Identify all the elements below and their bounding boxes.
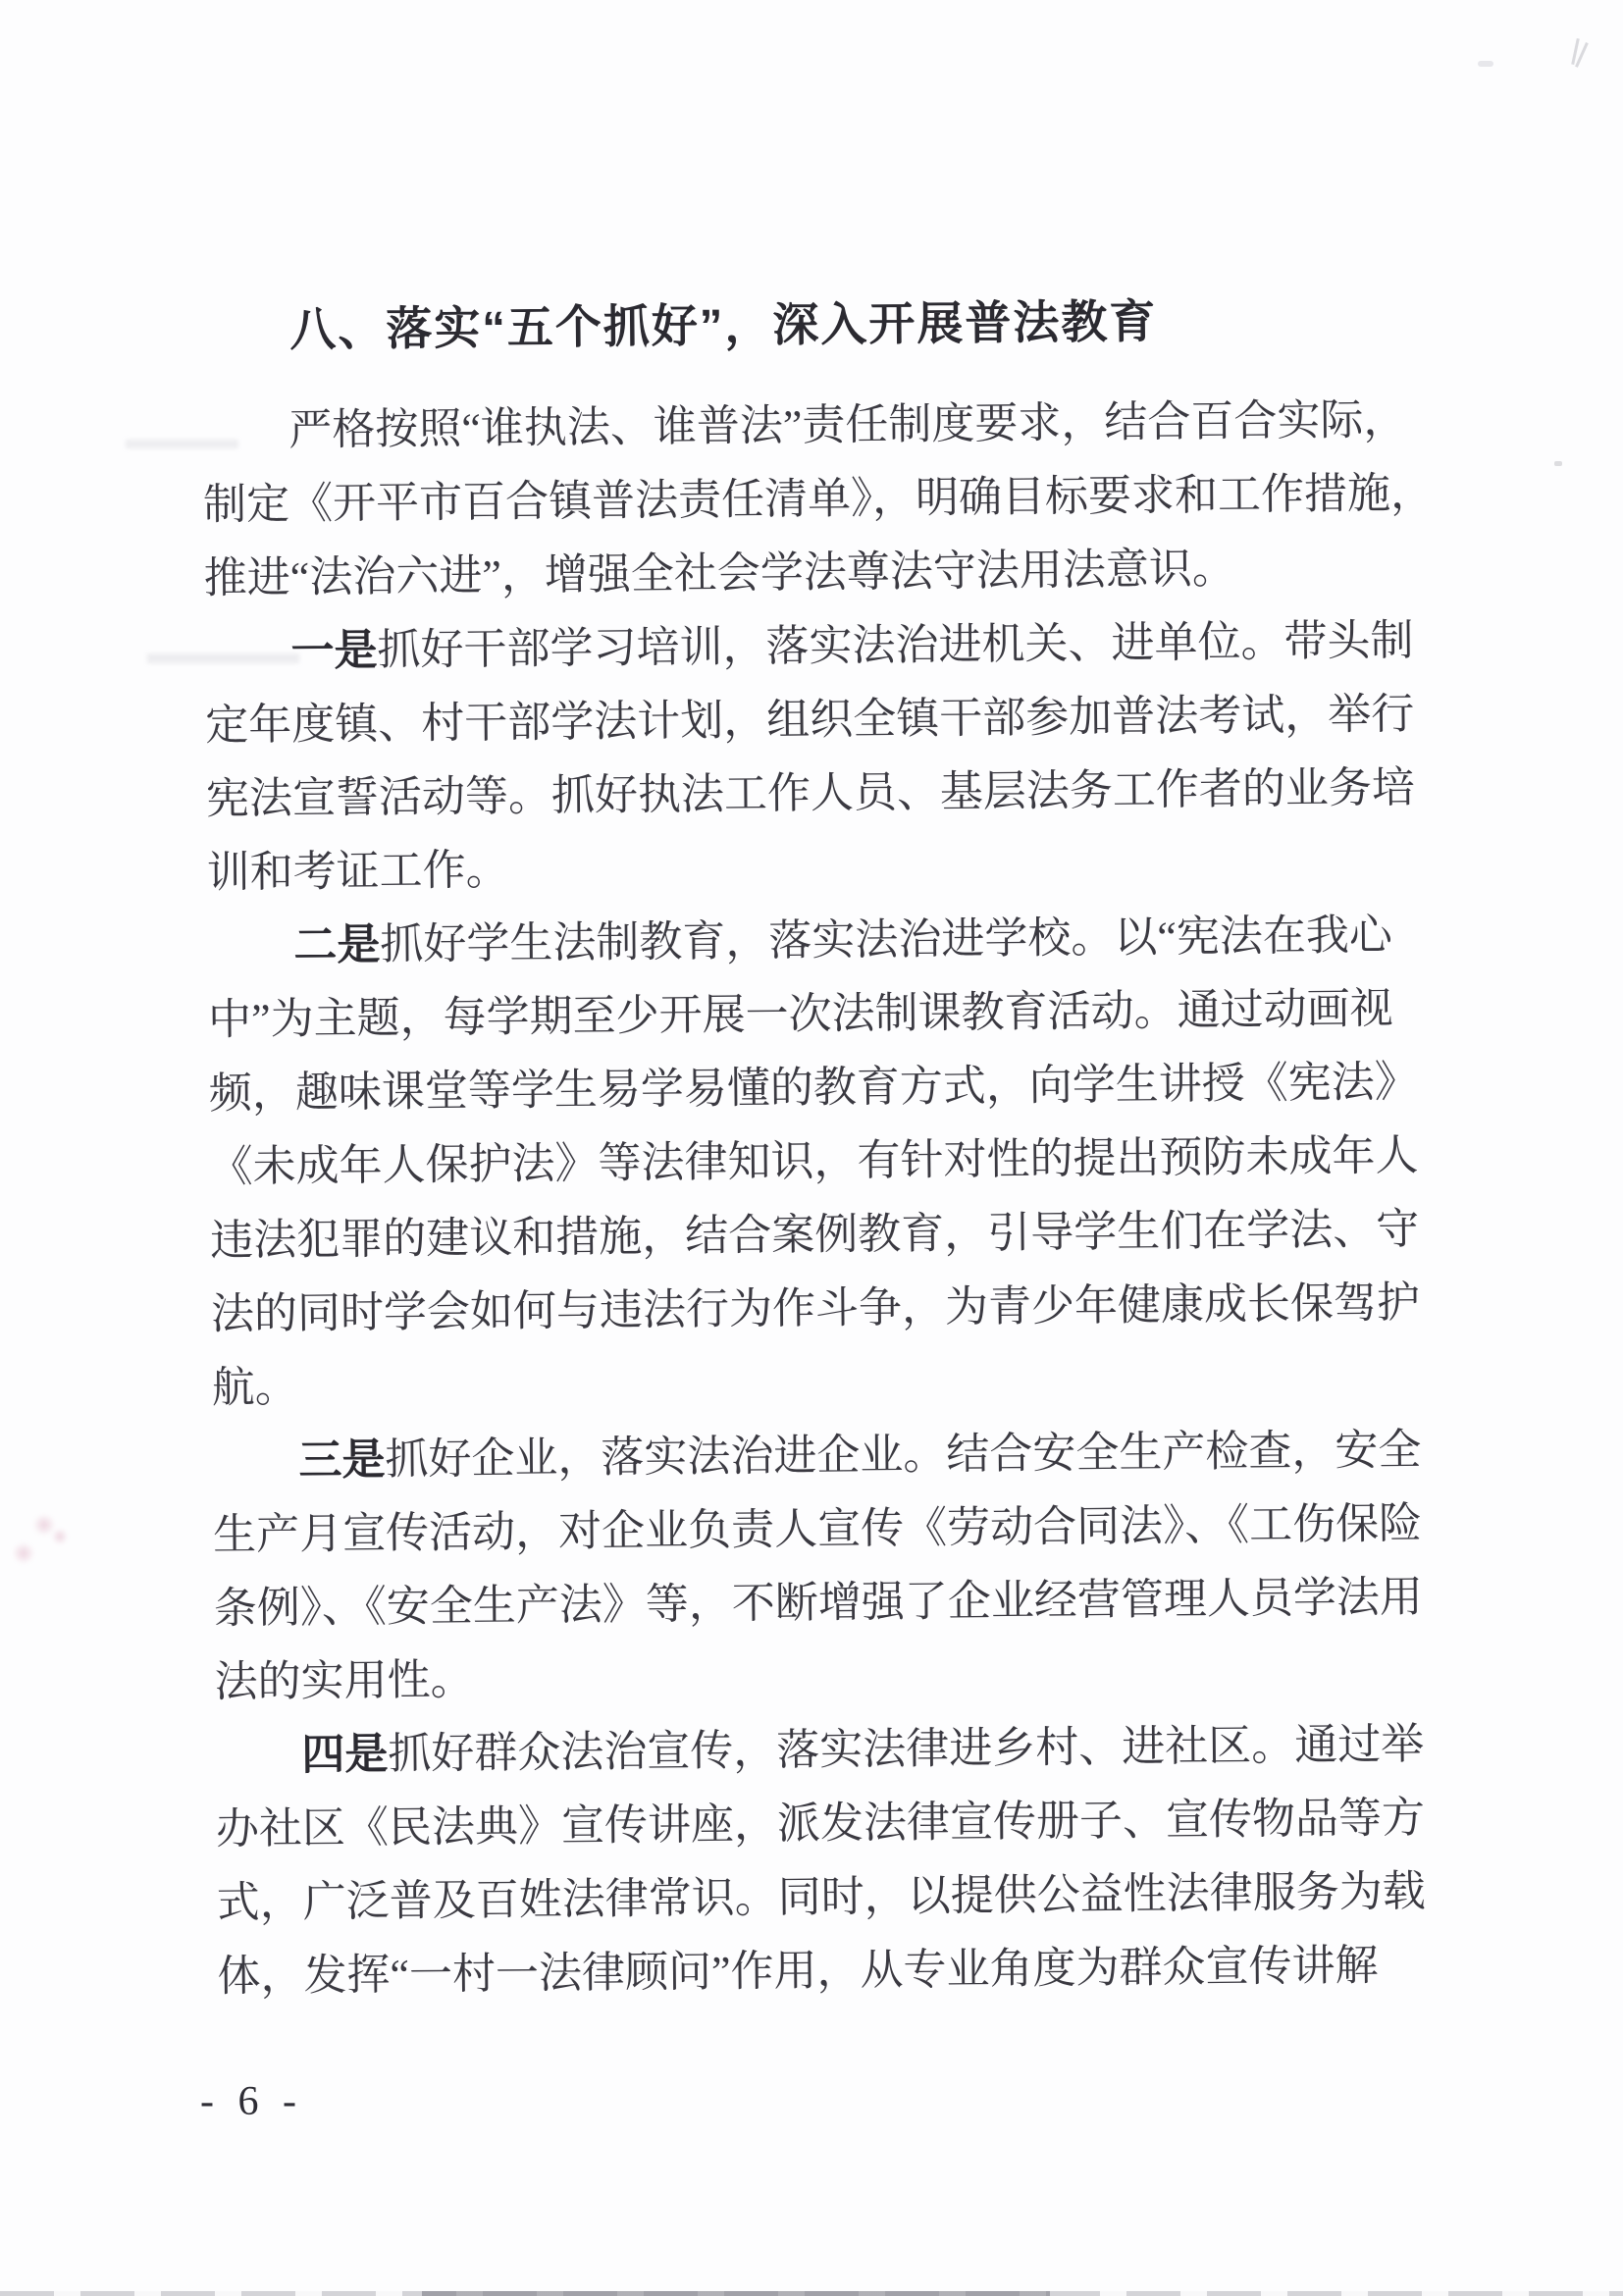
line-text: 抓好群众法治宣传，落实法律进乡村、进社区。通过举 — [388, 1720, 1424, 1778]
line-text: 抓好企业，落实法治进企业。结合安全生产检查，安全 — [385, 1426, 1421, 1484]
body-line: 生产月宣传活动，对企业负责人宣传《劳动合同法》、《工伤保险 — [213, 1487, 1460, 1572]
body-line: 频，趣味课堂等学生易学易懂的教育方式，向学生讲授《宪法》 — [208, 1045, 1455, 1130]
line-lead: 四是 — [301, 1730, 388, 1779]
body-line: 《未成年人保护法》等法律知识，有针对性的提出预防未成年人 — [209, 1119, 1456, 1204]
body-line: 法的同时学会如何与违法行为作斗争，为青少年健康成长保驾护 — [211, 1266, 1458, 1351]
line-text: 推进“法治六进”，增强全社会学法尊法守法用法意识。 — [204, 545, 1235, 602]
body-line: 制定《开平市百合镇普法责任清单》，明确目标要求和工作措施， — [203, 456, 1450, 542]
line-text: 训和考证工作。 — [206, 846, 508, 897]
line-text: 法的同时学会如何与违法行为作斗争，为青少年健康成长保驾护 — [211, 1278, 1420, 1338]
line-text: 生产月宣传活动，对企业负责人宣传《劳动合同法》、《工伤保险 — [213, 1499, 1422, 1559]
scan-speck — [1554, 461, 1562, 466]
line-text: 严格按照“谁执法、谁普法”责任制度要求，结合百合实际， — [288, 395, 1406, 454]
body-line: 训和考证工作。 — [206, 824, 1453, 910]
line-text: 式，广泛普及百姓法律常识。同时，以提供公益性法律服务为载 — [217, 1867, 1426, 1927]
line-text: 法的实用性。 — [214, 1655, 473, 1706]
body-line: 严格按照“谁执法、谁普法”责任制度要求，结合百合实际， — [202, 383, 1449, 468]
body-line: 体，发挥“一村一法律顾问”作用，从专业角度为群众宣传讲解 — [217, 1928, 1464, 2013]
section-heading: 八、落实“五个抓好”，深入开展普法教育 — [201, 281, 1448, 369]
body-line: 违法犯罪的建议和措施，结合案例教育，引导学生们在学法、守 — [210, 1192, 1457, 1278]
line-text: 定年度镇、村干部学法计划，组织全镇干部参加普法考试，举行 — [205, 690, 1414, 750]
line-text: 《未成年人保护法》等法律知识，有针对性的提出预防未成年人 — [209, 1131, 1418, 1191]
line-text: 条例》、《安全生产法》等，不断增强了企业经营管理人员学法用 — [214, 1573, 1423, 1633]
scan-smear — [126, 440, 238, 448]
body-line: 法的实用性。 — [214, 1634, 1461, 1719]
body-line: 推进“法治六进”，增强全社会学法尊法守法用法意识。 — [203, 530, 1450, 615]
line-text: 办社区《民法典》宣传讲座，派发法律宣传册子、宣传物品等方 — [216, 1794, 1425, 1853]
body-line: 宪法宣誓活动等。抓好执法工作人员、基层法务工作者的业务培 — [206, 751, 1453, 836]
body-line: 一是抓好干部学习培训，落实法治进机关、进单位。带头制 — [204, 603, 1451, 689]
line-text: 抓好干部学习培训，落实法治进机关、进单位。带头制 — [377, 616, 1413, 674]
line-text: 中”为主题，每学期至少开展一次法制课教育活动。通过动画视 — [208, 984, 1393, 1044]
line-text: 制定《开平市百合镇普法责任清单》，明确目标要求和工作措施， — [203, 469, 1434, 529]
scanned-document-page: { "doc": { "heading": "八、落实“五个抓好”，深入开展普法… — [0, 0, 1623, 2296]
line-text: 体，发挥“一村一法律顾问”作用，从专业角度为群众宣传讲解 — [217, 1942, 1378, 2001]
scan-bottom-edge-dark — [422, 2291, 1050, 2296]
body-line: 条例》、《安全生产法》等，不断增强了企业经营管理人员学法用 — [214, 1560, 1461, 1645]
line-text: 频，趣味课堂等学生易学易懂的教育方式，向学生讲授《宪法》 — [209, 1058, 1418, 1118]
line-text: 违法犯罪的建议和措施，结合案例教育，引导学生们在学法、守 — [210, 1205, 1419, 1265]
scan-smudge-pink — [6, 1513, 75, 1576]
line-text: 宪法宣誓活动等。抓好执法工作人员、基层法务工作者的业务培 — [206, 763, 1415, 823]
page-number: - 6 - — [200, 2078, 303, 2125]
line-text: 航。 — [211, 1363, 297, 1412]
scan-mark-top-right-2 — [1478, 61, 1493, 67]
line-text: 抓好学生法制教育，落实法治进学校。以“宪法在我心 — [380, 911, 1392, 968]
body-line: 办社区《民法典》宣传讲座，派发法律宣传册子、宣传物品等方 — [216, 1781, 1463, 1866]
body-line: 四是抓好群众法治宣传，落实法律进乡村、进社区。通过举 — [215, 1707, 1462, 1793]
document-body: 八、落实“五个抓好”，深入开展普法教育 严格按照“谁执法、谁普法”责任制度要求，… — [201, 281, 1464, 2013]
line-lead: 一是 — [290, 626, 377, 675]
body-line: 二是抓好学生法制教育，落实法治进学校。以“宪法在我心 — [207, 898, 1454, 983]
line-lead: 二是 — [293, 920, 380, 969]
scan-mark-top-right — [1571, 38, 1580, 65]
body-line: 定年度镇、村干部学法计划，组织全镇干部参加普法考试，举行 — [205, 677, 1452, 762]
body-line: 三是抓好企业，落实法治进企业。结合安全生产检查，安全 — [212, 1413, 1459, 1498]
line-lead: 三是 — [298, 1435, 385, 1485]
body-line: 式，广泛普及百姓法律常识。同时，以提供公益性法律服务为载 — [216, 1854, 1463, 1940]
scan-smear — [147, 653, 299, 663]
body-line: 航。 — [211, 1339, 1458, 1425]
body-line: 中”为主题，每学期至少开展一次法制课教育活动。通过动画视 — [208, 971, 1455, 1057]
